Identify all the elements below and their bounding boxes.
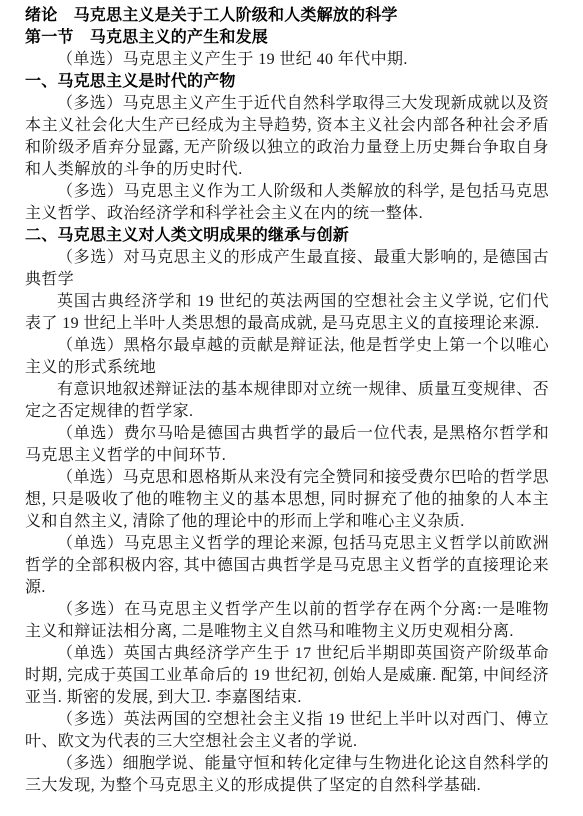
- paragraph-hegel-dialectics: （单选）黑格尔最卓越的贡献是辩证法, 他是哲学史上第一个以唯心主义的形式系统地: [25, 335, 549, 379]
- paragraph-dialectics-laws: 有意识地叙述辩证法的基本规律即对立统一规律、质量互变规律、否定之否定规律的哲学家…: [25, 379, 549, 423]
- paragraph-marx-engels-feuerbach: （单选）马克思和恩格斯从来没有完全赞同和接受费尔巴哈的哲学思想, 只是吸收了他的…: [25, 467, 549, 533]
- paragraph-british-economics: （单选）英国古典经济学产生于 17 世纪后半期即英国资产阶级革命时期, 完成于英…: [25, 643, 549, 709]
- paragraph-unified-whole: （多选）马克思主义作为工人阶级和人类解放的科学, 是包括马克思主义哲学、政治经济…: [25, 181, 549, 225]
- paragraph-era-product: （多选）马克思主义产生于近代自然科学取得三大发现新成就以及资本主义社会化大生产已…: [25, 93, 549, 181]
- paragraph-origin-period: （单选）马克思主义产生于 19 世纪 40 年代中期.: [25, 49, 549, 71]
- paragraph-philosophy-sources: （单选）马克思主义哲学的理论来源, 包括马克思主义哲学以前欧洲哲学的全部积极内容…: [25, 533, 549, 599]
- paragraph-theoretical-sources: 英国古典经济学和 19 世纪的英法两国的空想社会主义学说, 它们代表了 19 世…: [25, 291, 549, 335]
- paragraph-utopian-socialism: （多选）英法两国的空想社会主义指 19 世纪上半叶以对西门、傅立叶、欧文为代表的…: [25, 709, 549, 753]
- paragraph-three-discoveries: （多选）细胞学说、能量守恒和转化定律与生物进化论这自然科学的三大发现, 为整个马…: [25, 753, 549, 797]
- paragraph-two-separations: （多选）在马克思主义哲学产生以前的哲学存在两个分离:一是唯物主义和辩证法相分离,…: [25, 599, 549, 643]
- document-page: 绪论 马克思主义是关于工人阶级和人类解放的科学 第一节 马克思主义的产生和发展 …: [0, 0, 549, 797]
- section-heading-1: 第一节 马克思主义的产生和发展: [25, 27, 549, 49]
- doc-title: 绪论 马克思主义是关于工人阶级和人类解放的科学: [25, 5, 549, 27]
- paragraph-feuerbach-role: （单选）费尔马哈是德国古典哲学的最后一位代表, 是黑格尔哲学和马克思主义哲学的中…: [25, 423, 549, 467]
- subsection-heading-1: 一、马克思主义是时代的产物: [25, 71, 549, 93]
- paragraph-german-philosophy: （多选）对马克思主义的形成产生最直接、最重大影响的, 是德国古典哲学: [25, 247, 549, 291]
- subsection-heading-2: 二、马克思主义对人类文明成果的继承与创新: [25, 225, 549, 247]
